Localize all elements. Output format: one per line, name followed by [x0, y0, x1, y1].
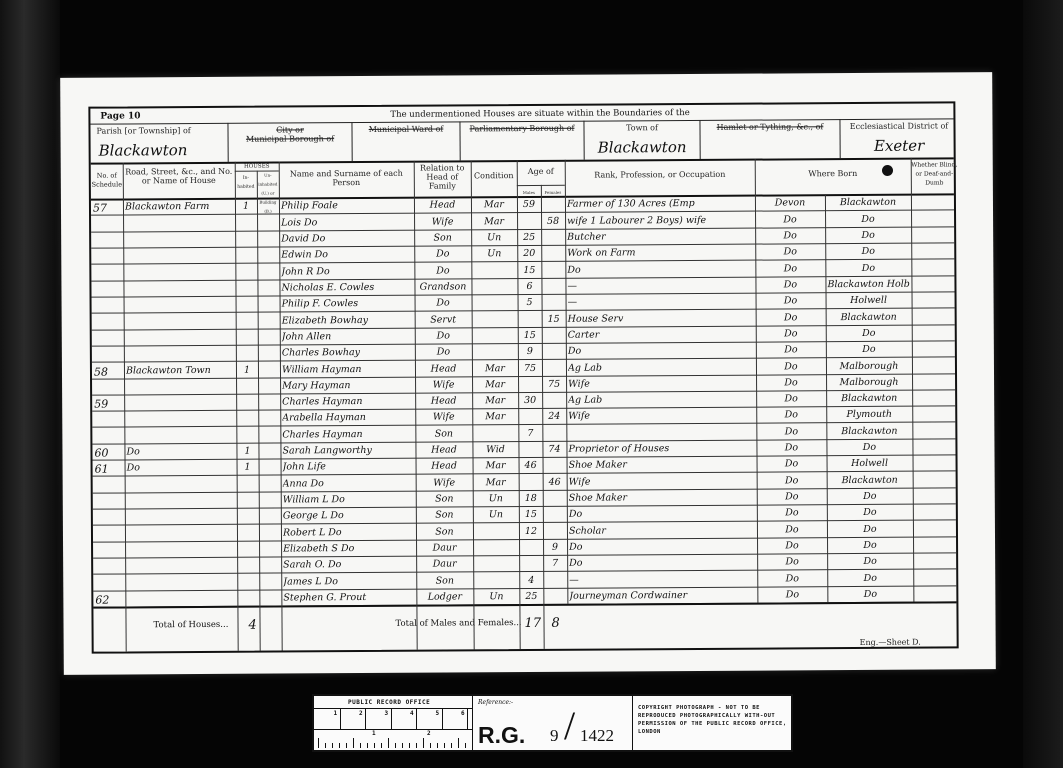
cell-road: [126, 348, 234, 349]
cell-condition: Un: [473, 248, 515, 259]
header-relation: Relation to Head of Family: [414, 163, 471, 190]
cell-male-age: 5: [520, 297, 540, 308]
cell-male-age: 25: [519, 232, 539, 243]
cell-inhabited: 1: [239, 462, 257, 473]
cell-born-county: Do: [758, 344, 824, 355]
sheet-footnote: Eng.—Sheet D.: [860, 638, 921, 647]
cell-relation: Do: [417, 347, 470, 358]
cell-male-age: 59: [519, 199, 539, 210]
cell-born-county: Do: [758, 295, 824, 306]
census-form: Page 10 The undermentioned Houses are si…: [88, 101, 958, 653]
cell-relation: Do: [416, 249, 469, 260]
cell-road: [127, 576, 235, 577]
cell-male-age: 9: [520, 346, 540, 357]
reference-slash: /: [564, 704, 575, 748]
cell-born-place: Do: [827, 262, 909, 274]
cell-born-place: Do: [828, 328, 910, 340]
cell-born-county: Do: [757, 230, 823, 241]
boundary-label: City or: [228, 125, 351, 135]
cell-born-place: Do: [827, 230, 909, 242]
scan-border-right: [1023, 0, 1063, 768]
totals-row: Total of Houses... 4 Total of Males and …: [93, 601, 956, 653]
cell-born-place: Blackawton: [829, 474, 911, 486]
header-age: Age of: [517, 167, 565, 176]
header-condition: Condition: [471, 171, 517, 180]
cell-name: Sarah Langworthy: [282, 445, 413, 457]
cell-road: Blackawton Town: [126, 364, 234, 376]
boundary-cell-6: Ecclesiastical District ofExeter: [840, 118, 957, 158]
cell-relation: Head: [417, 395, 470, 406]
cell-name: Nicholas E. Cowles: [281, 282, 412, 294]
cell-female-age: 7: [545, 558, 565, 569]
cell-road: [127, 544, 235, 545]
cell-name: Charles Bowhay: [282, 347, 413, 359]
cell-occupation: wife 1 Labourer 2 Boys) wife: [567, 214, 753, 226]
cell-name: William L Do: [283, 494, 414, 506]
cell-road: [126, 397, 234, 398]
cell-female-age: 75: [544, 379, 564, 390]
cell-name: George L Do: [283, 510, 414, 522]
boundary-label: Municipal Ward of: [352, 124, 459, 134]
census-page: Page 10 The undermentioned Houses are si…: [60, 72, 996, 675]
cell-name: Anna Do: [283, 477, 414, 489]
cell-born-county: Do: [759, 524, 825, 535]
cell-born-county: Do: [758, 377, 824, 388]
cell-name: William Hayman: [282, 363, 413, 375]
cell-male-age: 15: [520, 330, 540, 341]
cell-relation: Wife: [417, 412, 470, 423]
cell-male-age: 15: [521, 509, 541, 520]
cell-road: [126, 299, 234, 300]
ruler-minor-tick: [360, 743, 361, 748]
cell-occupation: Journeyman Cordwainer: [569, 590, 755, 602]
cell-relation: Son: [418, 493, 471, 504]
cell-road: Do: [126, 446, 234, 458]
boundary-cell-2: Municipal Ward of: [352, 121, 460, 161]
ruler-tick: [416, 709, 417, 729]
ruler-minor-tick: [465, 743, 466, 748]
record-office-name: PUBLIC RECORD OFFICE: [348, 699, 430, 706]
cell-born-county: Do: [759, 540, 825, 551]
cell-road: [126, 430, 234, 431]
cell-born-place: Do: [829, 556, 911, 568]
cell-occupation: Shoe Maker: [569, 492, 755, 504]
cell-occupation: Farmer of 130 Acres (Emp: [567, 198, 753, 210]
ruler-minor-tick: [367, 743, 368, 748]
boundary-cell-4: Town ofBlackawton: [584, 120, 700, 160]
reference-item: 1422: [580, 726, 614, 746]
cell-born-county: Do: [758, 361, 824, 372]
reference-caption: Reference:-: [478, 699, 513, 706]
cell-born-place: Plymouth: [828, 409, 910, 421]
cell-female-age: 15: [544, 313, 564, 324]
cell-name: John Life: [283, 461, 414, 473]
cell-born-place: Do: [829, 523, 911, 535]
cell-born-county: Devon: [757, 198, 823, 209]
cell-schedule: 58: [94, 365, 122, 378]
total-females-value: 8: [551, 616, 559, 631]
cell-born-county: Do: [759, 573, 825, 584]
cell-occupation: [568, 426, 754, 427]
cell-occupation: Do: [567, 263, 753, 275]
cell-born-county: Do: [759, 557, 825, 568]
ruler-minor-tick: [444, 743, 445, 748]
cell-road: [127, 560, 235, 561]
ruler-minor-tick: [402, 743, 403, 748]
ruler-minor-tick: [381, 743, 382, 748]
boundary-cell-0: Parish [or Township] ofBlackawton: [90, 123, 228, 163]
cell-condition: Mar: [474, 379, 516, 390]
cell-male-age: 7: [520, 428, 540, 439]
cell-male-age: 12: [521, 526, 541, 537]
cell-schedule: 60: [94, 447, 122, 460]
ruler-minor-tick: [374, 743, 375, 748]
cell-name: Philip Foale: [281, 200, 412, 212]
cell-occupation: Ag Lab: [568, 361, 754, 373]
cell-relation: Wife: [417, 379, 470, 390]
cell-inhabited: 1: [238, 364, 256, 375]
ruler-minor-tick: [416, 743, 417, 748]
cell-occupation: —: [568, 296, 754, 308]
cell-born-county: Do: [759, 459, 825, 470]
cell-schedule: 59: [94, 398, 122, 411]
cell-name: Charles Hayman: [282, 428, 413, 440]
cell-born-county: Do: [757, 214, 823, 225]
boundary-value: Blackawton: [91, 141, 228, 160]
cell-born-county: Do: [759, 475, 825, 486]
cell-occupation: House Serv: [568, 312, 754, 324]
ruler-label: 6: [461, 710, 465, 717]
cell-road: [125, 266, 233, 267]
cell-condition: Mar: [474, 412, 516, 423]
cell-male-age: 30: [520, 395, 540, 406]
cell-name: Stephen G. Prout: [283, 592, 414, 604]
cell-male-age: 18: [521, 493, 541, 504]
cell-relation: Do: [417, 298, 470, 309]
ruler-major-label: 1: [372, 730, 376, 737]
ruler-minor-tick: [409, 743, 410, 748]
cell-road: [125, 234, 233, 235]
copyright-notice: COPYRIGHT PHOTOGRAPH - NOT TO BE REPRODU…: [638, 704, 788, 736]
cell-relation: Son: [418, 575, 471, 586]
cell-condition: Un: [475, 591, 517, 602]
cell-name: John R Do: [281, 265, 412, 277]
header-blind-deaf: Whether Blind, or Deaf-and-Dumb: [911, 160, 958, 187]
cell-born-county: Do: [758, 328, 824, 339]
ruler-label: 4: [410, 710, 414, 717]
total-males-value: 17: [524, 616, 541, 631]
boundary-value: Blackawton: [585, 138, 700, 157]
ruler-minor-tick: [325, 743, 326, 748]
cell-relation: Son: [418, 526, 471, 537]
header-schedule: No. of Schedule: [91, 171, 123, 189]
total-houses-value: 4: [248, 618, 256, 633]
cell-born-place: Do: [829, 589, 911, 601]
total-houses-label: Total of Houses...: [154, 620, 229, 630]
ruler-minor-tick: [332, 743, 333, 748]
ruler-tick: [467, 709, 468, 729]
cell-relation: Lodger: [418, 591, 471, 602]
cell-relation: Son: [417, 428, 470, 439]
cell-occupation: Shoe Maker: [569, 459, 755, 471]
ruler-tick: [442, 709, 443, 729]
cell-born-place: Do: [828, 442, 910, 454]
cell-born-county: Do: [758, 426, 824, 437]
ruler-minor-tick: [430, 743, 431, 748]
cell-born-county: Do: [758, 442, 824, 453]
cell-road: [126, 315, 234, 316]
boundary-label: Ecclesiastical District of: [840, 121, 957, 131]
cell-occupation: Scholar: [569, 524, 755, 536]
ruler-label: 1: [334, 710, 338, 717]
ruler-minor-tick: [437, 743, 438, 748]
cell-born-place: Malborough: [828, 360, 910, 372]
cell-born-place: Holwell: [829, 458, 911, 470]
cell-occupation: Carter: [568, 328, 754, 340]
cell-born-county: Do: [758, 410, 824, 421]
ruler-minor-tick: [339, 743, 340, 748]
boundary-label: Town of: [584, 123, 699, 133]
cell-road: [126, 381, 234, 382]
scan-border-left: [0, 0, 60, 768]
cell-road: Blackawton Farm: [125, 201, 233, 213]
cell-occupation: Wife: [569, 475, 755, 487]
cell-road: Do: [127, 462, 235, 474]
cell-occupation: Work on Farm: [567, 247, 753, 259]
cell-female-age: 46: [545, 477, 565, 488]
boundary-value: [353, 139, 460, 140]
cell-occupation: Do: [569, 557, 755, 569]
cell-male-age: 75: [520, 362, 540, 373]
cell-occupation: —: [567, 280, 753, 292]
cell-born-county: Do: [757, 279, 823, 290]
cell-inhabited: 1: [238, 446, 256, 457]
ink-blot: [882, 165, 893, 176]
cell-male-age: 20: [519, 248, 539, 259]
cell-name: Robert L Do: [283, 526, 414, 538]
cell-relation: Daur: [418, 542, 471, 553]
cell-male-age: 6: [519, 281, 539, 292]
ruler-label: 5: [436, 710, 440, 717]
cell-condition: Mar: [474, 395, 516, 406]
cell-name: Mary Hayman: [282, 380, 413, 392]
cell-road: [126, 413, 234, 414]
reference-series: R.G.: [478, 722, 525, 749]
cell-relation: Head: [418, 461, 471, 472]
cell-male-age: 46: [521, 460, 541, 471]
ruler-label: 2: [359, 710, 363, 717]
ruler-minor-tick: [353, 738, 354, 748]
cell-born-county: Do: [758, 312, 824, 323]
cell-name: Elizabeth Bowhay: [282, 314, 413, 326]
ruler-label: 3: [385, 710, 389, 717]
cell-born-county: Do: [757, 246, 823, 257]
cell-relation: Head: [417, 444, 470, 455]
cell-occupation: Do: [569, 508, 755, 520]
ruler-minor-tick: [346, 743, 347, 748]
cell-occupation: —: [569, 573, 755, 585]
cell-name: Edwin Do: [281, 249, 412, 261]
header-road: Road, Street, &c., and No. or Name of Ho…: [123, 167, 235, 186]
cell-name: David Do: [281, 233, 412, 245]
cell-condition: Mar: [473, 199, 515, 210]
ruler-minor-tick: [395, 743, 396, 748]
cell-born-place: Blackawton: [828, 425, 910, 437]
cell-female-age: 74: [544, 444, 564, 455]
cell-female-age: 9: [545, 542, 565, 553]
cell-occupation: Proprietor of Houses: [568, 443, 754, 455]
cell-condition: Un: [473, 232, 515, 243]
ruler-minor-tick: [388, 738, 389, 748]
cell-born-place: Blackawton Holbeton: [827, 279, 909, 291]
cell-schedule: 62: [95, 593, 123, 606]
archive-reference-label: PUBLIC RECORD OFFICE 123456 12 Reference…: [312, 694, 793, 752]
cell-relation: Son: [418, 510, 471, 521]
boundary-label: Parliamentary Borough of: [460, 124, 583, 134]
boundary-value: [701, 137, 840, 138]
cell-born-place: Blackawton: [828, 393, 910, 405]
reference-piece: 9: [550, 726, 559, 746]
boundary-cell-3: Parliamentary Borough of: [460, 121, 584, 161]
ruler-minor-tick: [458, 738, 459, 748]
cell-born-place: Do: [829, 491, 911, 503]
cell-road: [127, 479, 235, 480]
cell-occupation: Do: [568, 345, 754, 357]
cell-relation: Head: [416, 200, 469, 211]
boundary-cell-5: Hamlet or Tything, &c., of: [700, 119, 840, 159]
cell-condition: Un: [475, 493, 517, 504]
cell-born-place: Malborough: [828, 376, 910, 388]
ruler-minor-tick: [318, 738, 319, 748]
cell-relation: Do: [417, 330, 470, 341]
cell-occupation: Wife: [568, 377, 754, 389]
cell-relation: Son: [416, 232, 469, 243]
cell-road: [126, 332, 234, 333]
ruler-minor-tick: [423, 738, 424, 748]
cell-inhabited: 1: [237, 201, 255, 212]
boundary-label-line2: Municipal Borough of: [229, 134, 352, 144]
ruler-major-label: 2: [427, 730, 431, 737]
boundary-value: Exeter: [841, 136, 958, 155]
cell-road: [127, 527, 235, 528]
cell-male-age: 25: [521, 591, 541, 602]
cell-born-county: Do: [759, 491, 825, 502]
header-name: Name and Surname of each Person: [279, 169, 414, 188]
cell-occupation: Wife: [568, 410, 754, 422]
cell-born-place: Do: [827, 246, 909, 258]
cell-relation: Wife: [418, 477, 471, 488]
boundary-label: Parish [or Township] of: [90, 126, 227, 136]
cell-relation: Do: [416, 265, 469, 276]
cell-born-county: Do: [759, 508, 825, 519]
cell-relation: Head: [417, 363, 470, 374]
cell-male-age: 4: [521, 575, 541, 586]
cell-occupation: Butcher: [567, 231, 753, 243]
cell-born-county: Do: [757, 263, 823, 274]
cell-condition: Mar: [473, 216, 515, 227]
cell-name: Lois Do: [281, 216, 412, 228]
reference-section: Reference:- R.G. 9 / 1422: [472, 696, 633, 750]
cell-name: James L Do: [283, 575, 414, 587]
cell-female-age: 58: [543, 215, 563, 226]
cell-born-place: Holwell: [828, 295, 910, 307]
cell-occupation: Ag Lab: [568, 394, 754, 406]
cell-name: John Allen: [282, 331, 413, 343]
cell-name: Arabella Hayman: [282, 412, 413, 424]
cell-female-age: 24: [544, 411, 564, 422]
ruler-tick: [365, 709, 366, 729]
cell-road: [125, 217, 233, 218]
boundary-value: [461, 139, 584, 140]
cell-born-place: Do: [829, 572, 911, 584]
ruler-tick: [340, 709, 341, 729]
cell-name: Sarah O. Do: [283, 559, 414, 571]
cell-schedule: 61: [95, 463, 123, 476]
cell-relation: Daur: [418, 559, 471, 570]
cell-condition: Wid: [474, 444, 516, 455]
cell-road: [127, 511, 235, 512]
cell-road: [125, 283, 233, 284]
cell-schedule: 57: [93, 202, 121, 215]
cell-born-county: Do: [759, 589, 825, 600]
cell-name: Charles Hayman: [282, 396, 413, 408]
cell-condition: Mar: [474, 363, 516, 374]
cell-name: Elizabeth S Do: [283, 543, 414, 555]
cell-condition: Mar: [475, 460, 517, 471]
cell-relation: Grandson: [416, 281, 469, 292]
cell-road: [127, 495, 235, 496]
cell-relation: Servt: [417, 314, 470, 325]
header-occupation: Rank, Profession, or Occupation: [565, 170, 755, 180]
cell-male-age: 15: [519, 265, 539, 276]
cell-born-place: Do: [827, 213, 909, 225]
cell-condition: Un: [475, 509, 517, 520]
cell-born-place: Do: [828, 344, 910, 356]
cell-born-place: Do: [829, 540, 911, 552]
total-persons-label: Total of Males and Females...: [395, 618, 521, 629]
header-inhabited: In-habited: [235, 174, 257, 192]
cell-road: [127, 593, 235, 594]
boundary-label: Hamlet or Tything, &c., of: [700, 122, 839, 132]
cell-born-county: Do: [758, 393, 824, 404]
ruler-tick: [391, 709, 392, 729]
cell-name: Philip F. Cowles: [282, 298, 413, 310]
ruler-section: PUBLIC RECORD OFFICE 123456 12: [314, 696, 473, 750]
cell-born-place: Blackawton: [827, 197, 909, 209]
boundary-cell-1: Municipal Borough ofCity or: [228, 122, 352, 162]
cell-relation: Wife: [416, 216, 469, 227]
cell-road: [125, 250, 233, 251]
ruler-minor-tick: [451, 743, 452, 748]
cell-born-place: Do: [829, 507, 911, 519]
cell-occupation: Do: [569, 541, 755, 553]
cell-condition: Mar: [475, 477, 517, 488]
cell-born-place: Blackawton: [828, 311, 910, 323]
